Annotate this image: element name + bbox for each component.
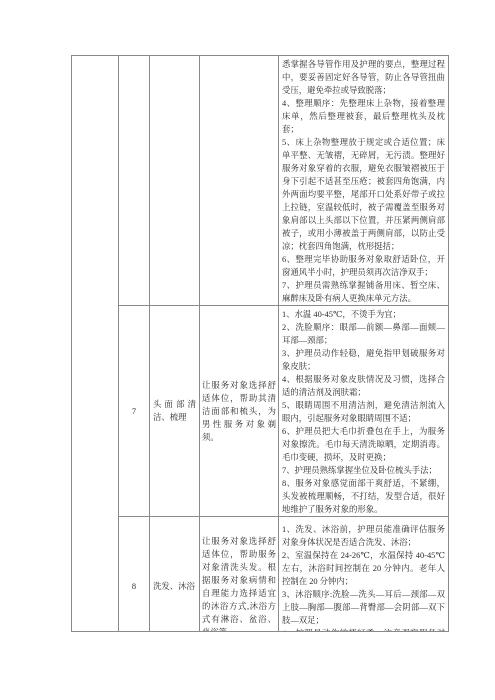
standards-cell: 1、洗发、沐浴前，护理员能准确评估服务对象身体状况是否适合洗发、沐浴； 2、室温… (279, 517, 449, 633)
item-description-cell (200, 56, 279, 306)
table-row-continuation: 悉掌握各导管作用及护理的要点，整理过程中，要妥善固定好各导管，防止各导管扭曲受压… (72, 56, 449, 306)
document-page: 悉掌握各导管作用及护理的要点，整理过程中，要妥善固定好各导管，防止各导管扭曲受压… (0, 0, 495, 700)
standards-cell: 1、水温 40-45℃，不烫手为宜； 2、洗脸顺序：眼部—前额—鼻部—面颊—耳部… (279, 306, 449, 517)
item-number-cell: 7 (119, 306, 150, 517)
care-standards-table-region: 悉掌握各导管作用及护理的要点，整理过程中，要妥善固定好各导管，防止各导管扭曲受压… (71, 55, 449, 632)
item-number-cell: 8 (119, 517, 150, 633)
item-description-cell: 让服务对象选择舒适体位，帮助服务对象清洗头发。根据服务对象病情和自理能力选择适宜… (200, 517, 279, 633)
table-row-8: 8 洗发、沐浴 让服务对象选择舒适体位，帮助服务对象清洗头发。根据服务对象病情和… (72, 517, 449, 633)
item-name-cell: 洗发、沐浴 (150, 517, 200, 633)
table-row-7: 7 头面部清洁、梳理 让服务对象选择舒适体位，帮助其清洁面部和梳头，为男性服务对… (72, 306, 449, 517)
standards-cell: 悉掌握各导管作用及护理的要点，整理过程中，要妥善固定好各导管，防止各导管扭曲受压… (279, 56, 449, 306)
item-description-cell: 让服务对象选择舒适体位，帮助其清洁面部和梳头，为男性服务对象剃须。 (200, 306, 279, 517)
item-number-cell (119, 56, 150, 306)
care-standards-table: 悉掌握各导管作用及护理的要点，整理过程中，要妥善固定好各导管，防止各导管扭曲受压… (71, 55, 449, 632)
item-name-cell: 头面部清洁、梳理 (150, 306, 200, 517)
item-name-cell (150, 56, 200, 306)
category-cell (72, 56, 119, 633)
